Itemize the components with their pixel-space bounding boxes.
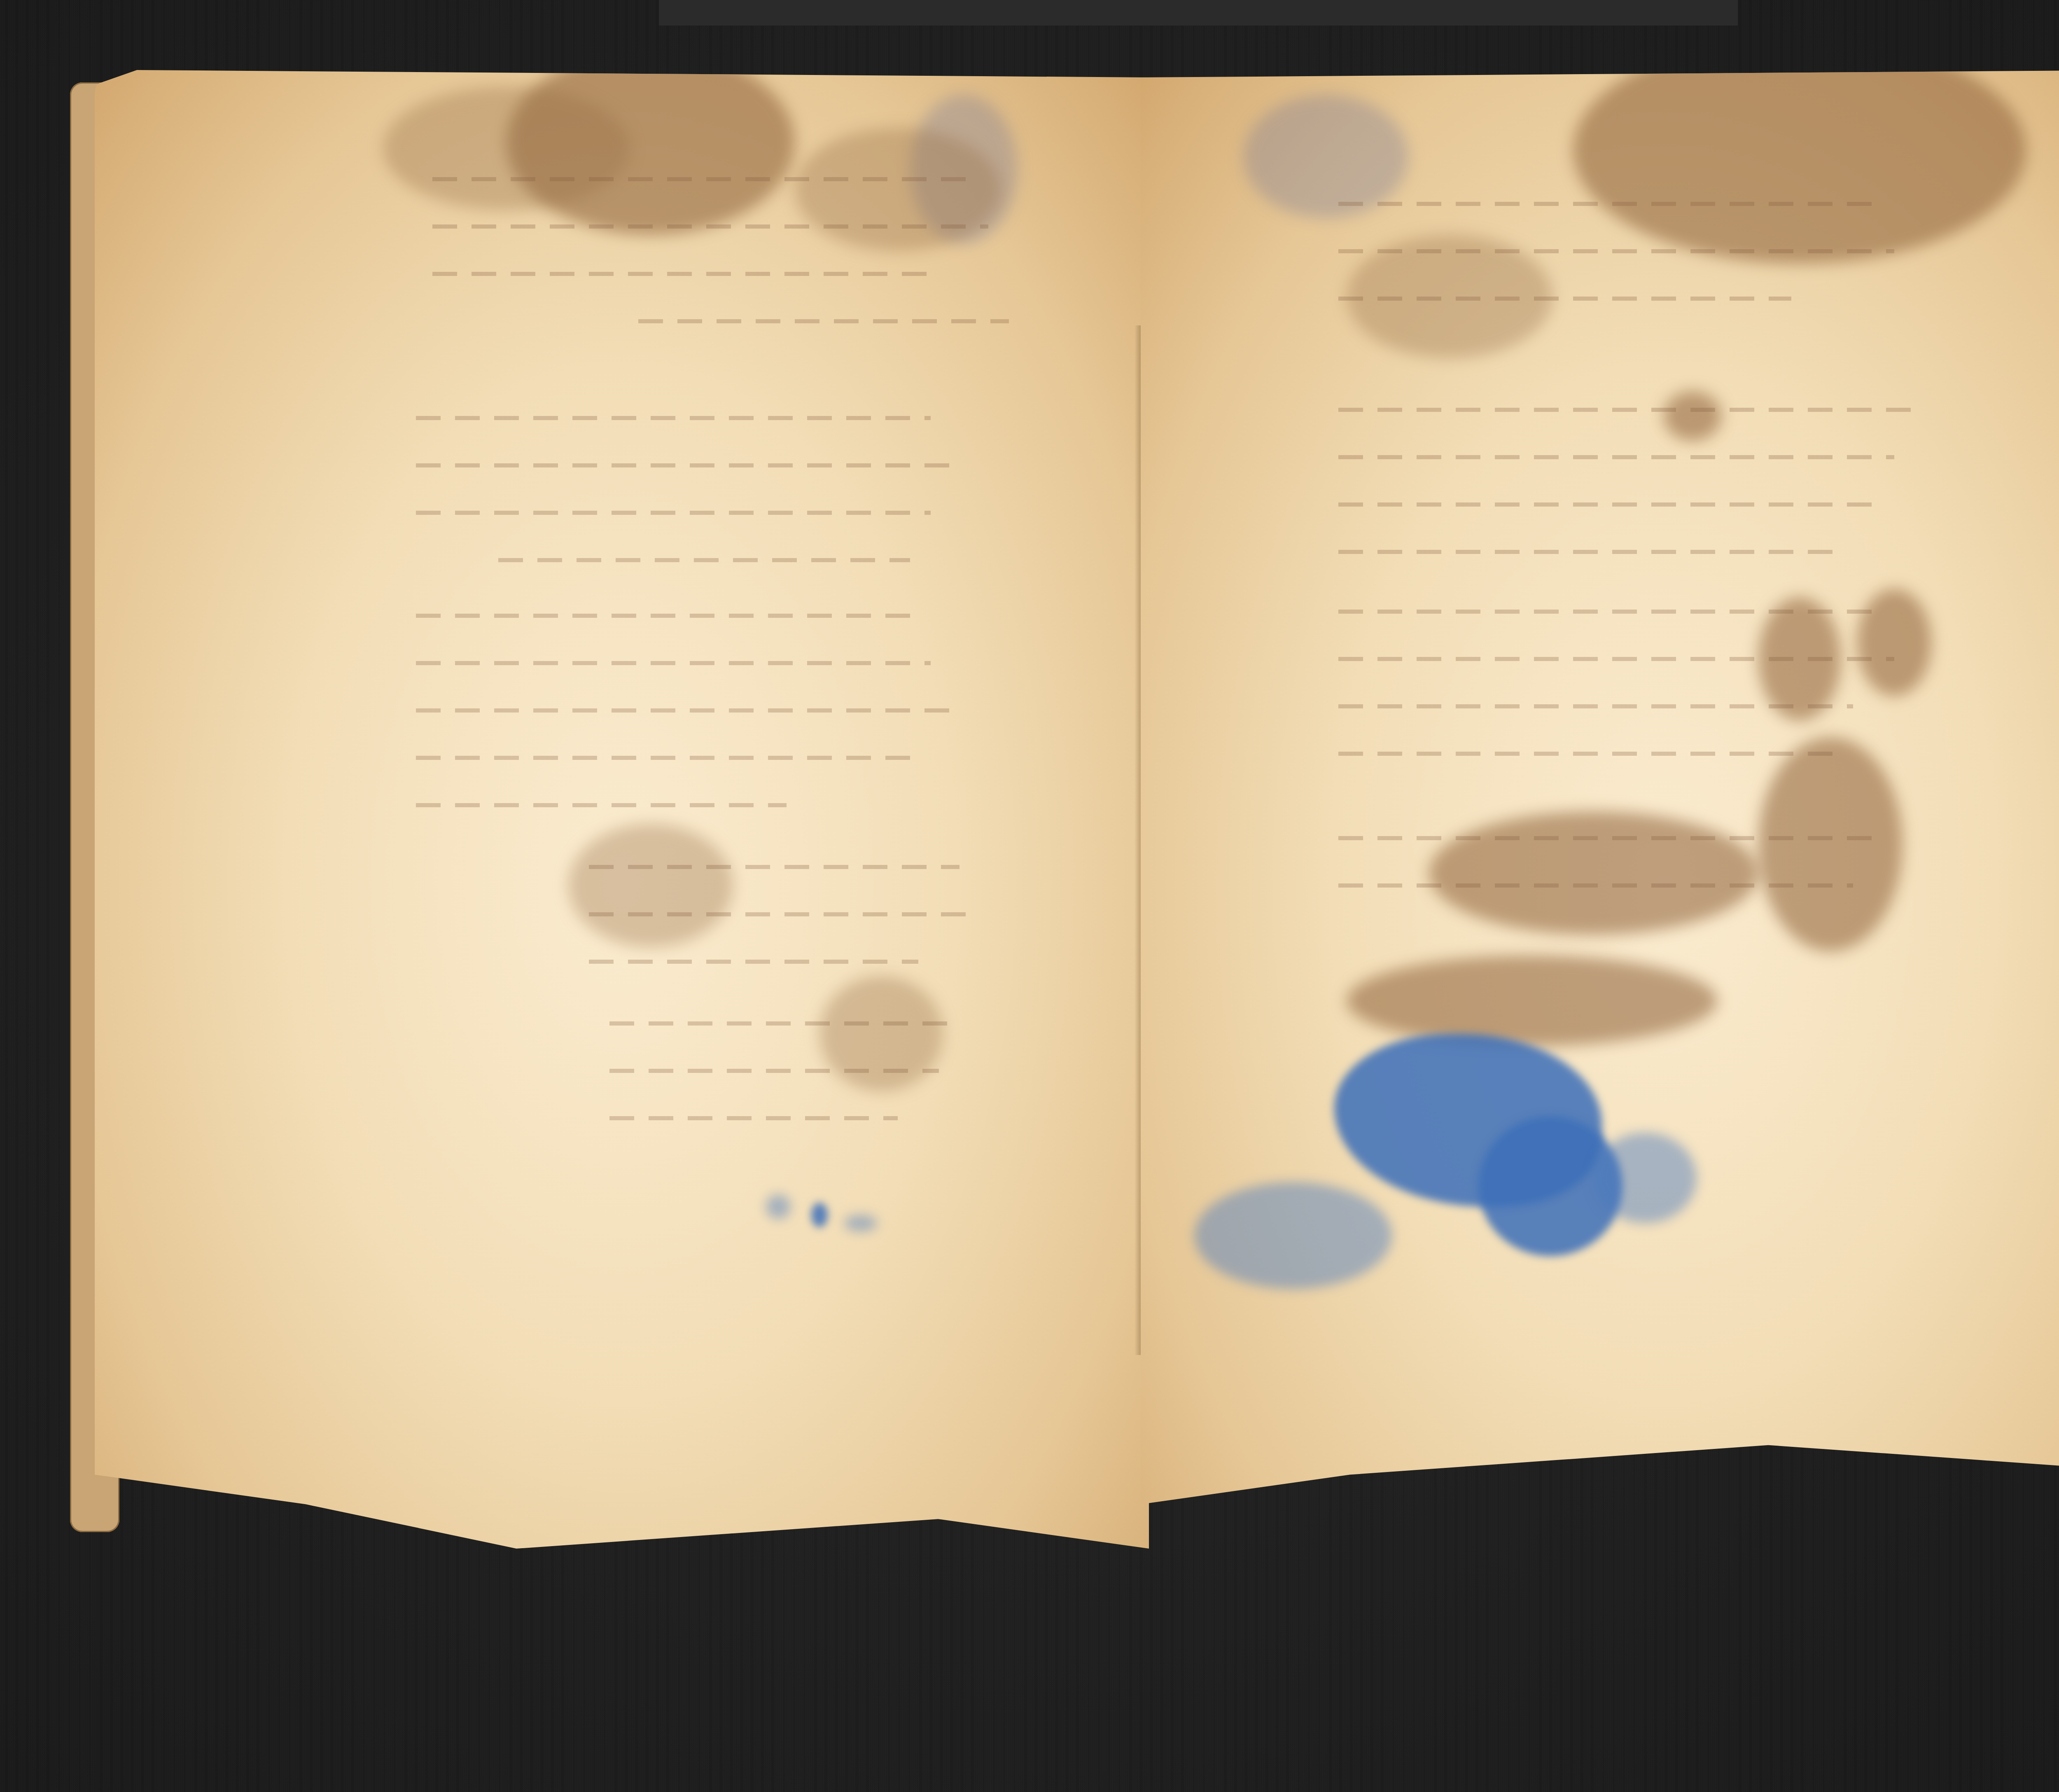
handwritten-line	[1338, 727, 1833, 774]
blue-ink-stain	[1194, 1182, 1392, 1289]
handwritten-line	[498, 533, 910, 581]
handwritten-line	[432, 152, 968, 200]
entry-5	[609, 997, 959, 1139]
right-page: Right page (recto)	[1141, 70, 2059, 1549]
handwritten-line	[1338, 224, 1894, 272]
handwritten-line	[416, 486, 931, 533]
handwritten-line	[1338, 585, 1874, 632]
handwritten-line	[1338, 430, 1894, 478]
entry-1	[432, 152, 1009, 342]
handwritten-line	[416, 684, 951, 731]
handwritten-line	[1338, 811, 1874, 859]
handwritten-line	[416, 439, 951, 486]
left-page-label: Left page (verso)	[95, 70, 95, 70]
left-page: Left page (verso)	[95, 70, 1149, 1549]
handwritten-line	[609, 997, 959, 1044]
handwritten-line	[1338, 632, 1894, 680]
entry-2	[1338, 383, 1915, 572]
entry-2	[416, 391, 951, 581]
handwritten-line	[1338, 177, 1874, 224]
entry-1	[1338, 177, 1894, 319]
handwritten-line	[589, 935, 918, 982]
top-bar	[659, 0, 1738, 26]
entry-4	[1338, 811, 1874, 906]
blue-ink-spot	[811, 1203, 828, 1227]
open-book: Left page (verso)	[70, 58, 2059, 1565]
handwritten-line	[416, 778, 787, 826]
handwritten-line	[1338, 859, 1853, 906]
entry-3	[416, 589, 951, 826]
handwritten-line	[1338, 525, 1833, 572]
handwritten-line	[638, 294, 1009, 342]
handwritten-line	[1338, 478, 1874, 525]
blue-ink-spot	[844, 1215, 877, 1231]
handwritten-line	[1338, 272, 1791, 319]
handwritten-line	[432, 247, 927, 294]
handwritten-line	[589, 888, 980, 935]
water-stain	[1347, 956, 1717, 1046]
handwritten-line	[609, 1091, 898, 1139]
handwritten-line	[1338, 680, 1853, 727]
handwritten-line	[416, 589, 910, 636]
handwritten-line	[416, 391, 931, 439]
handwritten-line	[416, 731, 910, 778]
handwritten-line	[416, 636, 931, 684]
entry-4	[589, 840, 980, 982]
blue-ink-spot	[766, 1194, 791, 1219]
handwritten-line	[609, 1044, 939, 1091]
entry-3	[1338, 585, 1894, 774]
handwritten-line	[432, 200, 988, 247]
handwritten-line	[589, 840, 959, 888]
handwritten-line	[1338, 383, 1915, 430]
blue-ink-stain	[1594, 1133, 1697, 1223]
right-page-label: Right page (recto)	[1141, 70, 1141, 70]
